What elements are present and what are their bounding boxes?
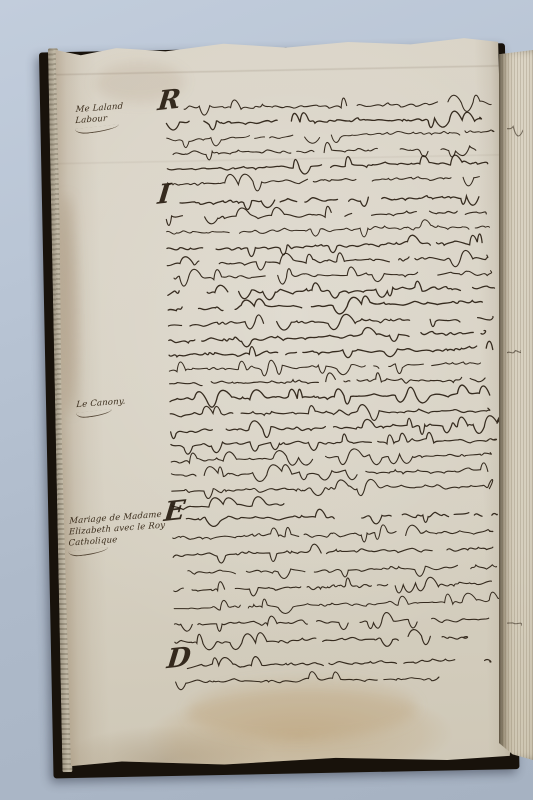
handwriting-paragraph-1: R: [166, 89, 494, 186]
facing-page-ink-mark: [507, 116, 523, 146]
facing-page-edge: [499, 50, 533, 760]
paragraph-initial-letter: E: [163, 497, 187, 526]
manuscript-page: Me Laland Labour Le Canony. Mariage de M…: [54, 35, 514, 769]
facing-page-ink-mark: [507, 340, 521, 370]
manuscript-book: Me Laland Labour Le Canony. Mariage de M…: [37, 35, 528, 778]
handwriting-paragraph-4: D: [175, 647, 504, 686]
photo-background: Me Laland Labour Le Canony. Mariage de M…: [0, 0, 533, 800]
handwriting-paragraph-3: E: [172, 500, 503, 647]
handwriting-paragraph-2: I: [166, 183, 500, 508]
facing-page-ink-mark: [507, 610, 522, 640]
handwritten-text-block: RIED: [54, 35, 514, 769]
